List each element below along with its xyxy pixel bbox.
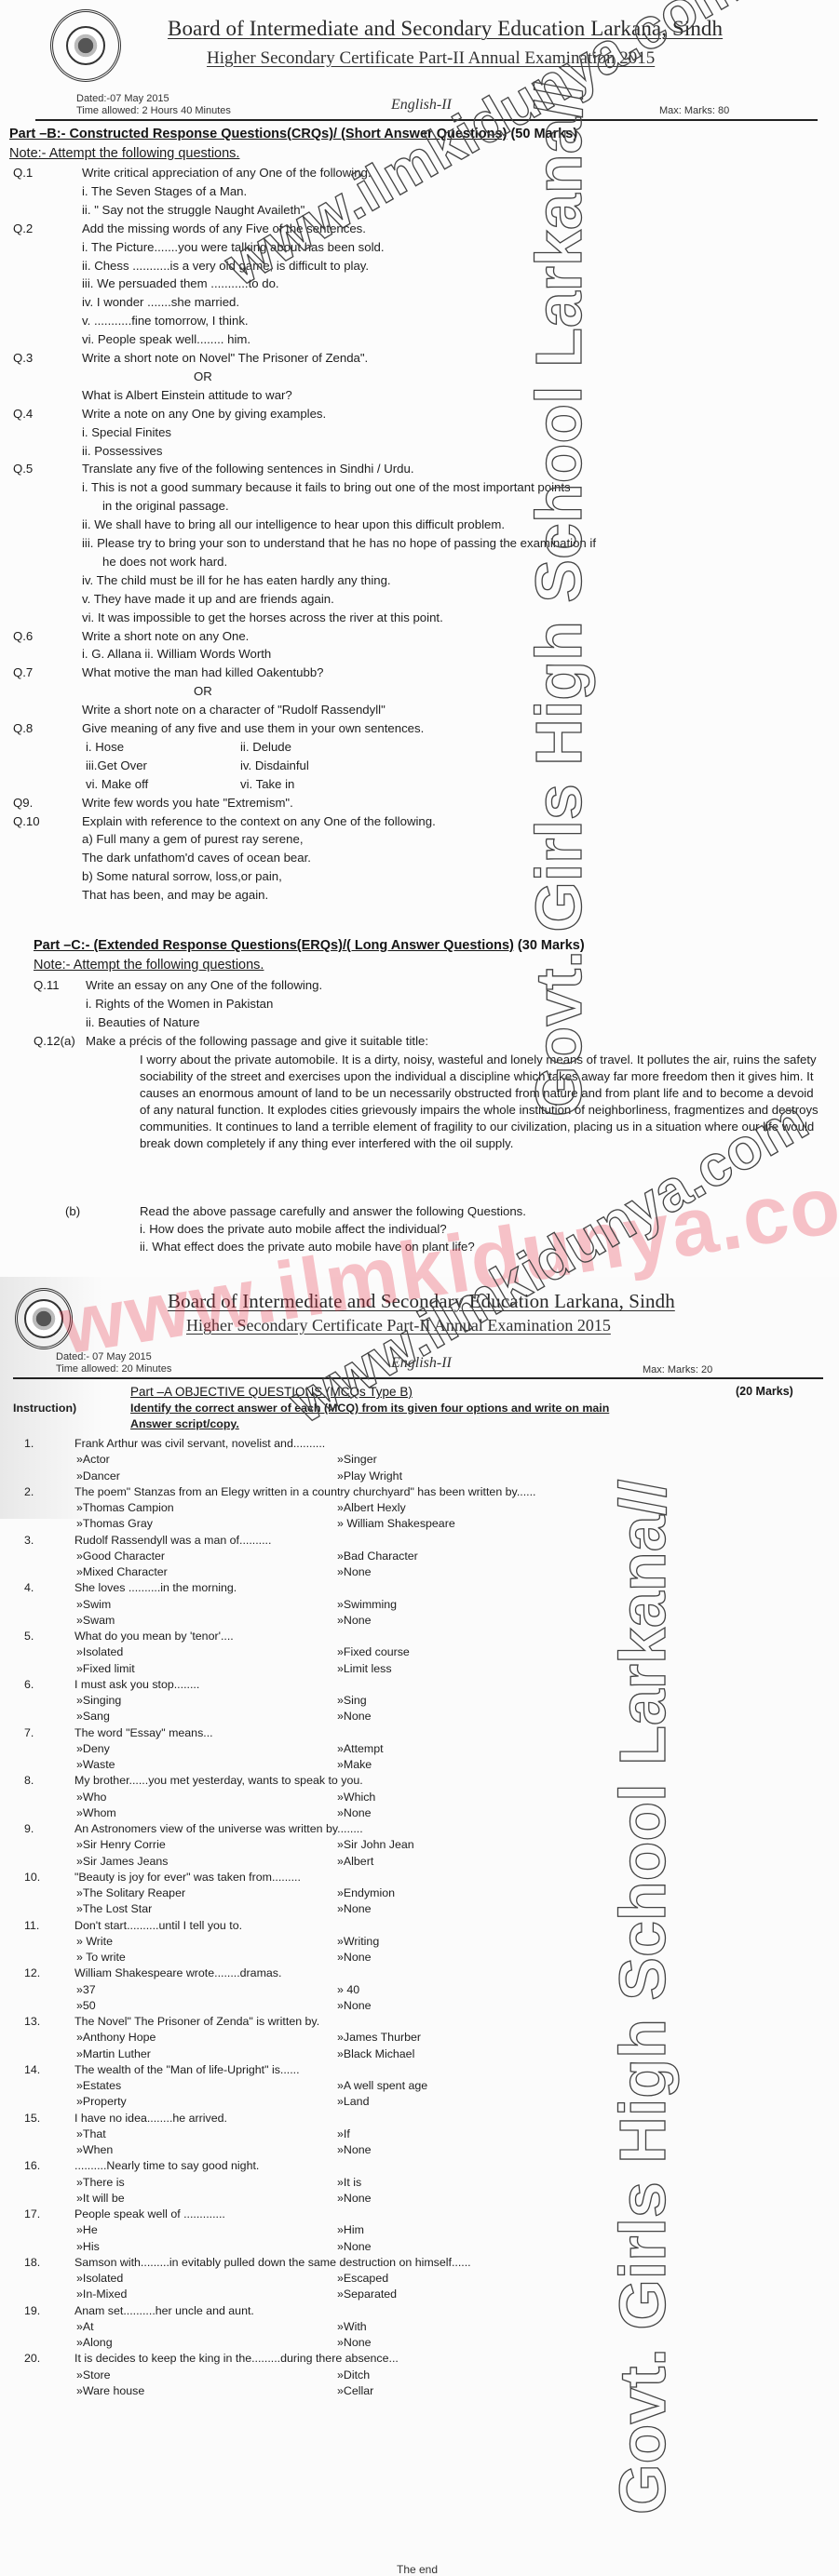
question-number: Q9. bbox=[13, 795, 33, 811]
exam-date: Dated:-07 May 2015 bbox=[76, 93, 169, 104]
mcq-option: »Whom bbox=[76, 1805, 116, 1820]
mcq-option: »Albert Hexly bbox=[337, 1500, 406, 1515]
mcq-option: »Black Michael bbox=[337, 2046, 414, 2061]
mcq-option: »Attempt bbox=[337, 1741, 384, 1756]
instruction-text: Identify the correct answer of each (MCQ… bbox=[130, 1401, 609, 1416]
mcq-option: »Play Wright bbox=[337, 1469, 402, 1483]
mcq-option: »At bbox=[76, 2319, 94, 2334]
part-b-marks: (50 Marks) bbox=[510, 127, 577, 141]
question-item: i. This is not a good summary because it… bbox=[82, 479, 571, 495]
mcq-question: An Astronomers view of the universe was … bbox=[74, 1821, 363, 1836]
mcq-question: Don't start..........until I tell you to… bbox=[74, 1918, 242, 1933]
mcq-question: The poem" Stanzas from an Elegy written … bbox=[74, 1484, 535, 1499]
mcq-option: »None bbox=[337, 2335, 372, 2350]
mcq-option: »Mixed Character bbox=[76, 1564, 168, 1579]
vocabulary-word: i. Hose bbox=[86, 739, 124, 755]
part-c-heading: Part –C:- (Extended Response Questions(E… bbox=[34, 938, 585, 953]
part-a-marks: (20 Marks) bbox=[736, 1385, 793, 1398]
mcq-option: »Endymion bbox=[337, 1885, 395, 1900]
board-logo bbox=[15, 1288, 73, 1349]
mcq-option: »None bbox=[337, 1613, 372, 1628]
question-item: b) Some natural sorrow, loss,or pain, bbox=[82, 868, 282, 884]
q12b-text: Read the above passage carefully and ans… bbox=[140, 1203, 526, 1219]
mcq-number: 14. bbox=[24, 2062, 40, 2077]
question-number: Q.3 bbox=[13, 350, 33, 366]
mcq-option: » Write bbox=[76, 1934, 113, 1949]
or-separator: OR bbox=[194, 683, 212, 699]
question-text: Write a note on any One by giving exampl… bbox=[82, 406, 326, 422]
mcq-number: 11. bbox=[24, 1918, 39, 1933]
question-item: vi. People speak well........ him. bbox=[82, 331, 250, 347]
question-text: Write critical appreciation of any One o… bbox=[82, 165, 372, 181]
question-text: Give meaning of any five and use them in… bbox=[82, 720, 424, 736]
question-item: he does not work hard. bbox=[102, 554, 227, 570]
question-item: v. ...........fine tomorrow, I think. bbox=[82, 313, 249, 329]
question-number: Q.4 bbox=[13, 406, 33, 422]
mcq-option: »Sing bbox=[337, 1693, 367, 1708]
q12b-item: i. How does the private auto mobile affe… bbox=[140, 1221, 447, 1237]
mcq-option: »Escaped bbox=[337, 2271, 388, 2286]
question-item: iii. We persuaded them ...........to do. bbox=[82, 275, 279, 291]
time-allowed: Time allowed: 20 Minutes bbox=[56, 1363, 171, 1375]
mcq-option: »50 bbox=[76, 1998, 96, 2013]
mcq-option: »That bbox=[76, 2127, 106, 2141]
question-number: Q.6 bbox=[13, 628, 33, 644]
mcq-option: »The Lost Star bbox=[76, 1901, 152, 1916]
exam-date: Dated:- 07 May 2015 bbox=[56, 1351, 152, 1362]
question-text: What motive the man had killed Oakentubb… bbox=[82, 664, 324, 680]
mcq-option: »Estates bbox=[76, 2078, 121, 2093]
header-divider bbox=[35, 119, 818, 121]
mcq-option: »In-Mixed bbox=[76, 2287, 127, 2301]
question-item: iv. The child must be ill for he has eat… bbox=[82, 572, 391, 588]
certificate-title: Higher Secondary Certificate Part-II Ann… bbox=[186, 1316, 611, 1335]
question-item: ii. Chess ...........is a very old game,… bbox=[82, 258, 369, 274]
part-c-marks: (30 Marks) bbox=[518, 938, 585, 953]
part-a-title: Part –A OBJECTIVE QUESTIONS (MCQs Type B… bbox=[130, 1385, 413, 1399]
vocabulary-word: vi. Make off bbox=[86, 776, 148, 792]
mcq-option: »Actor bbox=[76, 1452, 110, 1467]
question-item: iii. Please try to bring your son to und… bbox=[82, 535, 596, 551]
instruction-label: Instruction) bbox=[13, 1401, 76, 1416]
mcq-question: It is decides to keep the king in the...… bbox=[74, 2351, 399, 2366]
q12b-label: (b) bbox=[65, 1203, 80, 1219]
mcq-option: »Separated bbox=[337, 2287, 397, 2301]
mcq-number: 8. bbox=[24, 1773, 34, 1788]
mcq-question: Anam set..........her uncle and aunt. bbox=[74, 2303, 254, 2318]
mcq-option: »Cellar bbox=[337, 2383, 373, 2398]
mcq-option: »There is bbox=[76, 2175, 125, 2190]
mcq-option: »A well spent age bbox=[337, 2078, 427, 2093]
mcq-question: William Shakespeare wrote........dramas. bbox=[74, 1966, 281, 1980]
mcq-option: »Swam bbox=[76, 1613, 115, 1628]
mcq-number: 7. bbox=[24, 1725, 34, 1740]
question-text: Write a short note on Novel" The Prisone… bbox=[82, 350, 368, 366]
mcq-option: » To write bbox=[76, 1950, 126, 1965]
question-number: Q.10 bbox=[13, 813, 40, 829]
mcq-option: »Sir John Jean bbox=[337, 1837, 414, 1852]
mcq-number: 5. bbox=[24, 1629, 34, 1644]
question-item: Write a short note on a character of "Ru… bbox=[82, 702, 386, 718]
mcq-question: The wealth of the "Man of life-Upright" … bbox=[74, 2062, 300, 2077]
mcq-number: 1. bbox=[24, 1436, 34, 1451]
question-number: Q.8 bbox=[13, 720, 33, 736]
mcq-question: She loves ..........in the morning. bbox=[74, 1580, 237, 1595]
question-item: ii. We shall have to bring all our intel… bbox=[82, 517, 505, 532]
watermark-school: Govt. Girls High School Larkana// bbox=[605, 1480, 680, 2515]
mcq-number: 4. bbox=[24, 1580, 34, 1595]
question-item: iv. I wonder .......she married. bbox=[82, 294, 239, 310]
board-name: Board of Intermediate and Secondary Educ… bbox=[168, 1290, 675, 1313]
mcq-option: »Along bbox=[76, 2335, 113, 2350]
mcq-option: »None bbox=[337, 1805, 372, 1820]
mcq-number: 12. bbox=[24, 1966, 40, 1980]
vocabulary-word: iii.Get Over bbox=[86, 758, 147, 773]
mcq-option: » William Shakespeare bbox=[337, 1516, 455, 1531]
mcq-question: People speak well of ............. bbox=[74, 2207, 225, 2221]
mcq-option: »Dancer bbox=[76, 1469, 120, 1483]
mcq-question: My brother......you met yesterday, wants… bbox=[74, 1773, 363, 1788]
question-number: Q.5 bbox=[13, 461, 33, 476]
mcq-option: »Sang bbox=[76, 1709, 110, 1724]
mcq-option: »Waste bbox=[76, 1757, 115, 1772]
mcq-question: What do you mean by 'tenor'.... bbox=[74, 1629, 234, 1644]
mcq-option: »None bbox=[337, 2142, 372, 2157]
q12-number: Q.12(a) bbox=[34, 1033, 75, 1049]
question-item: i. The Picture.......you were talking ab… bbox=[82, 239, 385, 255]
exam-paper-objective: Board of Intermediate and Secondary Educ… bbox=[0, 1277, 839, 2576]
question-item: i. G. Allana ii. William Words Worth bbox=[82, 646, 271, 662]
part-a-heading: Part –A OBJECTIVE QUESTIONS (MCQs Type B… bbox=[130, 1385, 413, 1399]
mcq-number: 6. bbox=[24, 1677, 34, 1692]
question-item: i. Special Finites bbox=[82, 424, 171, 440]
mcq-option: »Swimming bbox=[337, 1597, 397, 1612]
question-item: v. They have made it up and are friends … bbox=[82, 591, 334, 607]
part-c-title: Part –C:- (Extended Response Questions(E… bbox=[34, 938, 514, 953]
part-b-note: Note:- Attempt the following questions. bbox=[9, 146, 239, 161]
mcq-option: »Martin Luther bbox=[76, 2046, 151, 2061]
mcq-option: » 40 bbox=[337, 1982, 359, 1997]
part-b-heading: Part –B:- Constructed Response Questions… bbox=[9, 127, 577, 141]
mcq-option: »Swim bbox=[76, 1597, 111, 1612]
mcq-option: »It is bbox=[337, 2175, 361, 2190]
mcq-question: Rudolf Rassendyll was a man of.......... bbox=[74, 1533, 271, 1548]
question-item: ii. Possessives bbox=[82, 443, 162, 459]
mcq-option: »Which bbox=[337, 1790, 375, 1805]
question-item: vi. It was impossible to get the horses … bbox=[82, 610, 443, 625]
mcq-option: »Fixed limit bbox=[76, 1661, 135, 1676]
mcq-number: 15. bbox=[24, 2111, 40, 2126]
mcq-option: »It will be bbox=[76, 2191, 125, 2206]
question-text: Translate any five of the following sent… bbox=[82, 461, 414, 476]
mcq-option: »The Solitary Reaper bbox=[76, 1885, 185, 1900]
question-item: i. The Seven Stages of a Man. bbox=[82, 183, 247, 199]
mcq-question: ..........Nearly time to say good night. bbox=[74, 2158, 259, 2173]
question-item: What is Albert Einstein attitude to war? bbox=[82, 387, 292, 403]
mcq-option: »37 bbox=[76, 1982, 96, 1997]
mcq-option: »Thomas Gray bbox=[76, 1516, 153, 1531]
mcq-option: »With bbox=[337, 2319, 367, 2334]
mcq-option: »Sir Henry Corrie bbox=[76, 1837, 166, 1852]
mcq-option: »Bad Character bbox=[337, 1549, 418, 1563]
mcq-option: »His bbox=[76, 2239, 100, 2254]
time-allowed: Time allowed: 2 Hours 40 Minutes bbox=[76, 105, 231, 116]
q11-number: Q.11 bbox=[34, 977, 60, 993]
mcq-option: »Writing bbox=[337, 1934, 379, 1949]
mcq-question: "Beauty is joy for ever" was taken from.… bbox=[74, 1870, 301, 1885]
the-end: The end bbox=[397, 2563, 438, 2576]
subject-name: English-II bbox=[391, 1355, 452, 1372]
mcq-number: 16. bbox=[24, 2158, 40, 2173]
mcq-option: »Him bbox=[337, 2222, 364, 2237]
question-item: in the original passage. bbox=[102, 498, 229, 514]
mcq-option: »Make bbox=[337, 1757, 372, 1772]
mcq-option: »Isolated bbox=[76, 2271, 123, 2286]
mcq-option: »Fixed course bbox=[337, 1644, 410, 1659]
mcq-option: »None bbox=[337, 1564, 372, 1579]
mcq-number: 3. bbox=[24, 1533, 34, 1548]
mcq-option: »Singing bbox=[76, 1693, 121, 1708]
mcq-option: »Limit less bbox=[337, 1661, 392, 1676]
mcq-option: »If bbox=[337, 2127, 350, 2141]
mcq-option: »Thomas Campion bbox=[76, 1500, 174, 1515]
mcq-option: »None bbox=[337, 2239, 372, 2254]
instruction-text-2: Answer script/copy. bbox=[130, 1416, 239, 1432]
question-number: Q.1 bbox=[13, 165, 33, 181]
question-text: Explain with reference to the context on… bbox=[82, 813, 436, 829]
mcq-question: The word "Essay" means... bbox=[74, 1725, 213, 1740]
mcq-option: »When bbox=[76, 2142, 113, 2157]
mcq-option: »None bbox=[337, 1709, 372, 1724]
question-item: a) Full many a gem of purest ray serene, bbox=[82, 831, 303, 847]
mcq-number: 20. bbox=[24, 2351, 40, 2366]
mcq-option: »None bbox=[337, 1998, 372, 2013]
part-c-note: Note:- Attempt the following questions. bbox=[34, 958, 264, 973]
mcq-number: 18. bbox=[24, 2255, 40, 2270]
precis-passage: I worry about the private automobile. It… bbox=[140, 1052, 819, 1152]
board-logo bbox=[50, 9, 121, 82]
question-number: Q.7 bbox=[13, 664, 33, 680]
q11-item: i. Rights of the Women in Pakistan bbox=[86, 996, 273, 1012]
vocabulary-word: ii. Delude bbox=[240, 739, 291, 755]
mcq-number: 10. bbox=[24, 1870, 40, 1885]
watermark-school: Govt. Girls High School Larkana// bbox=[521, 82, 596, 1117]
mcq-option: »Store bbox=[76, 2368, 111, 2382]
mcq-option: »He bbox=[76, 2222, 98, 2237]
q12-text: Make a précis of the following passage a… bbox=[86, 1033, 428, 1049]
mcq-option: »None bbox=[337, 1950, 372, 1965]
vocabulary-word: iv. Disdainful bbox=[240, 758, 309, 773]
mcq-number: 13. bbox=[24, 2014, 40, 2029]
mcq-option: »Albert bbox=[337, 1854, 373, 1869]
board-name: Board of Intermediate and Secondary Educ… bbox=[168, 17, 723, 41]
mcq-option: »Property bbox=[76, 2094, 127, 2109]
question-text: Write a short note on any One. bbox=[82, 628, 249, 644]
exam-paper-subjective: Board of Intermediate and Secondary Educ… bbox=[0, 0, 839, 1277]
vocabulary-word: vi. Take in bbox=[240, 776, 294, 792]
q11-text: Write an essay on any One of the followi… bbox=[86, 977, 322, 993]
mcq-option: »Deny bbox=[76, 1741, 110, 1756]
mcq-number: 17. bbox=[24, 2207, 40, 2221]
mcq-question: I must ask you stop........ bbox=[74, 1677, 199, 1692]
question-number: Q.2 bbox=[13, 221, 33, 236]
header-divider bbox=[13, 1377, 823, 1379]
part-b-title: Part –B:- Constructed Response Questions… bbox=[9, 127, 507, 141]
mcq-option: »Anthony Hope bbox=[76, 2030, 156, 2045]
mcq-number: 2. bbox=[24, 1484, 34, 1499]
mcq-option: »Ditch bbox=[337, 2368, 370, 2382]
mcq-option: »Land bbox=[337, 2094, 369, 2109]
mcq-option: »Who bbox=[76, 1790, 106, 1805]
mcq-option: »James Thurber bbox=[337, 2030, 421, 2045]
mcq-option: »Ware house bbox=[76, 2383, 144, 2398]
mcq-number: 9. bbox=[24, 1821, 34, 1836]
mcq-option: »Good Character bbox=[76, 1549, 165, 1563]
mcq-question: Frank Arthur was civil servant, novelist… bbox=[74, 1436, 325, 1451]
mcq-option: »Singer bbox=[337, 1452, 377, 1467]
certificate-title: Higher Secondary Certificate Part-II Ann… bbox=[207, 48, 655, 69]
mcq-option: »None bbox=[337, 1901, 372, 1916]
or-separator: OR bbox=[194, 369, 212, 384]
question-item: The dark unfathom'd caves of ocean bear. bbox=[82, 850, 311, 865]
question-text: Add the missing words of any Five of the… bbox=[82, 221, 366, 236]
question-item: ii. " Say not the struggle Naught Availe… bbox=[82, 202, 304, 218]
mcq-option: »Isolated bbox=[76, 1644, 123, 1659]
mcq-question: The Novel" The Prisoner of Zenda" is wri… bbox=[74, 2014, 319, 2029]
mcq-question: I have no idea........he arrived. bbox=[74, 2111, 227, 2126]
mcq-question: Samson with.........in evitably pulled d… bbox=[74, 2255, 471, 2270]
subject-name: English-II bbox=[391, 97, 452, 114]
mcq-number: 19. bbox=[24, 2303, 40, 2318]
q11-item: ii. Beauties of Nature bbox=[86, 1014, 199, 1030]
q12b-item: ii. What effect does the private auto mo… bbox=[140, 1239, 475, 1254]
question-text: Write few words you hate "Extremism". bbox=[82, 795, 293, 811]
max-marks: Max: Marks: 20 bbox=[643, 1364, 712, 1375]
question-item: That has been, and may be again. bbox=[82, 887, 268, 903]
max-marks: Max: Marks: 80 bbox=[659, 105, 729, 116]
mcq-option: »Sir James Jeans bbox=[76, 1854, 168, 1869]
mcq-option: »None bbox=[337, 2191, 372, 2206]
